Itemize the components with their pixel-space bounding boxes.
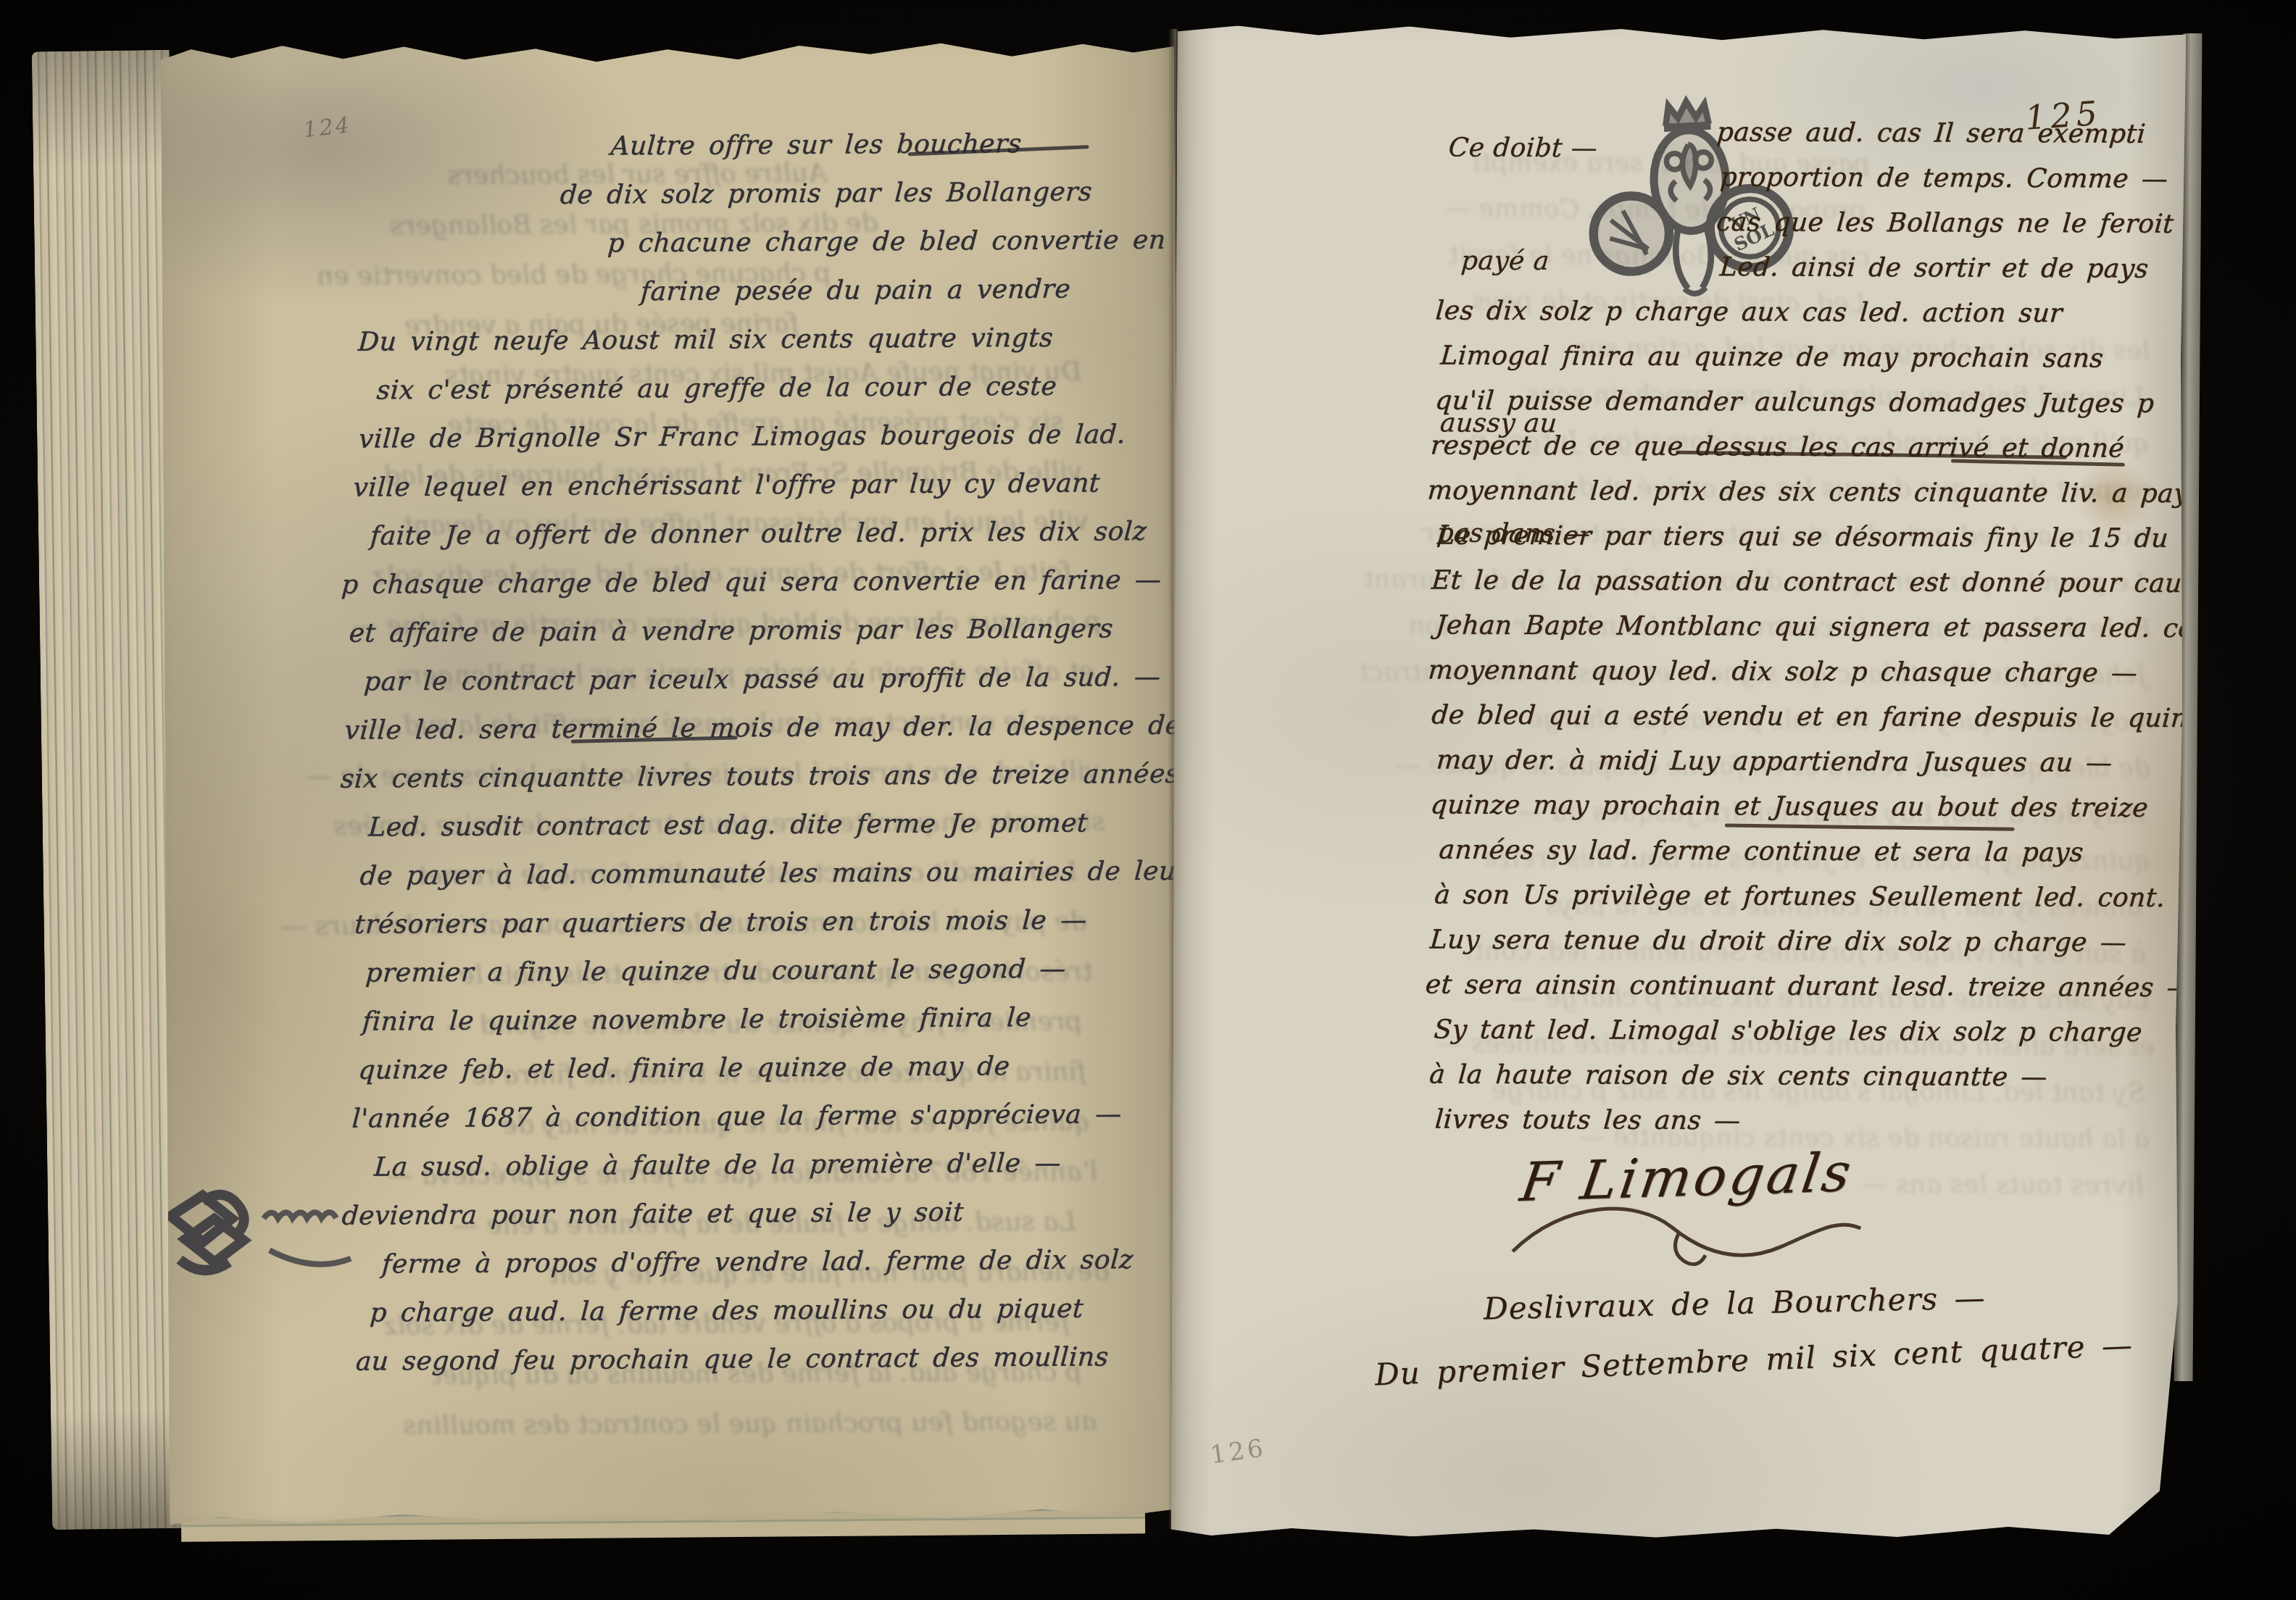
manuscript-line: ville led. sera terminé le mois de may d… bbox=[343, 701, 1150, 755]
manuscript-line: deviendra pour non faite et que si le y … bbox=[341, 1187, 1154, 1241]
signature: F Limogals bbox=[1405, 1138, 1968, 1217]
manuscript-line: qu'il puisse demander aulcungs domadges … bbox=[1434, 379, 2165, 427]
manuscript-line: à son Us privilège et fortunes Seullemen… bbox=[1433, 873, 2163, 921]
manuscript-line: cas que les Bollangs ne le feroit bbox=[1715, 200, 2166, 247]
manuscript-line: may der. à midj Luy appartiendra Jusques… bbox=[1435, 738, 2163, 786]
manuscript-line: Et le de la passation du contract est do… bbox=[1430, 559, 2164, 607]
manuscript-line: et sera ainsin continuant durant lesd. t… bbox=[1423, 962, 2162, 1010]
manuscript-photograph: Aultre offre sur les bouchersde dix solz… bbox=[0, 0, 2296, 1600]
manuscript-line: de payer à lad. communauté les mains ou … bbox=[359, 847, 1152, 901]
manuscript-line: faite Je a offert de donner oultre led. … bbox=[369, 507, 1149, 561]
manuscript-line: de dix solz promis par les Bollangers bbox=[559, 167, 1147, 220]
manuscript-line: La susd. oblige à faulte de la première … bbox=[373, 1138, 1153, 1192]
manuscript-line: six cents cinquantte livres touts trois … bbox=[339, 750, 1151, 804]
manuscript-line: moyennant led. prix des six cents cinqua… bbox=[1426, 468, 2164, 516]
manuscript-line: de bled qui a esté vendu et en farine de… bbox=[1430, 693, 2163, 741]
left-page: Aultre offre sur les bouchersde dix solz… bbox=[161, 38, 1183, 1527]
manuscript-line: six c'est présenté au greffe de la cour … bbox=[375, 362, 1149, 415]
manuscript-line: ville lequel en enchérissant l'offre par… bbox=[352, 459, 1149, 512]
manuscript-line: ferme à propos d'offre vendre lad. ferme… bbox=[380, 1236, 1154, 1289]
manuscript-line: p chacune charge de bled convertie en bbox=[606, 216, 1147, 268]
right-page: passe aud. cas Il sera exemptiproportion… bbox=[1170, 22, 2186, 1544]
manuscript-line: ville de Brignolle Sr Franc Limogas bour… bbox=[357, 410, 1149, 464]
manuscript-line: Sy tant led. Limogal s'oblige les dix so… bbox=[1432, 1008, 2162, 1056]
signature-block: F Limogals bbox=[1411, 1145, 1963, 1276]
manuscript-line: Aultre offre sur les bouchers bbox=[610, 119, 1147, 171]
notary-paraphe-icon bbox=[141, 1157, 359, 1318]
manuscript-line: trésoriers par quartiers de trois en tro… bbox=[353, 896, 1152, 949]
manuscript-line: Le premier par tiers qui se désormais fi… bbox=[1436, 514, 2164, 562]
manuscript-line: farine pesée du pain a vendre bbox=[639, 264, 1148, 316]
manuscript-line: Jehan Bapte Montblanc qui signera et pas… bbox=[1434, 604, 2164, 651]
manuscript-line: années sy lad. ferme continue et sera la… bbox=[1437, 828, 2163, 876]
manuscript-line: Limogal finira au quinze de may prochain… bbox=[1439, 334, 2165, 382]
manuscript-line: livres touts les ans — bbox=[1434, 1098, 2162, 1146]
manuscript-line: à la haute raison de six cents cinquantt… bbox=[1428, 1053, 2162, 1101]
manuscript-line: quinze feb. et led. finira le quinze de … bbox=[357, 1041, 1152, 1095]
manuscript-line: par le contract par iceulx passé au prof… bbox=[362, 653, 1150, 707]
manuscript-line: Du vingt neufe Aoust mil six cents quatr… bbox=[357, 313, 1148, 367]
manuscript-line: au segond feu prochain que le contract d… bbox=[354, 1333, 1155, 1386]
manuscript-line: Led. ainsi de sortir et de pays bbox=[1718, 245, 2166, 292]
manuscript-line: Led. susdit contract est dag. dite ferme… bbox=[367, 799, 1151, 852]
manuscript-line: p charge aud. la ferme des moullins ou d… bbox=[368, 1284, 1154, 1338]
left-folio-number: 124 bbox=[302, 112, 353, 143]
manuscript-line: les dix solz p charge aux cas led. actio… bbox=[1434, 289, 2166, 337]
manuscript-line: l'année 1687 à condition que la ferme s'… bbox=[351, 1090, 1153, 1143]
manuscript-line: premier a finy le quinze du courant le s… bbox=[364, 944, 1152, 998]
manuscript-line: passe aud. cas Il sera exempti bbox=[1715, 110, 2166, 157]
manuscript-line: et affaire de pain à vendre promis par l… bbox=[348, 604, 1150, 658]
manuscript-line: Luy sera tenue du droit dire dix solz p … bbox=[1428, 918, 2163, 966]
manuscript-line: p chasque charge de bled qui sera conver… bbox=[340, 556, 1149, 609]
manuscript-line: moyennant quoy led. dix solz p chasque c… bbox=[1426, 649, 2163, 696]
manuscript-line: proportion de temps. Comme — bbox=[1718, 155, 2166, 202]
manuscript-line: finira le quinze novembre le troisième f… bbox=[361, 993, 1152, 1046]
